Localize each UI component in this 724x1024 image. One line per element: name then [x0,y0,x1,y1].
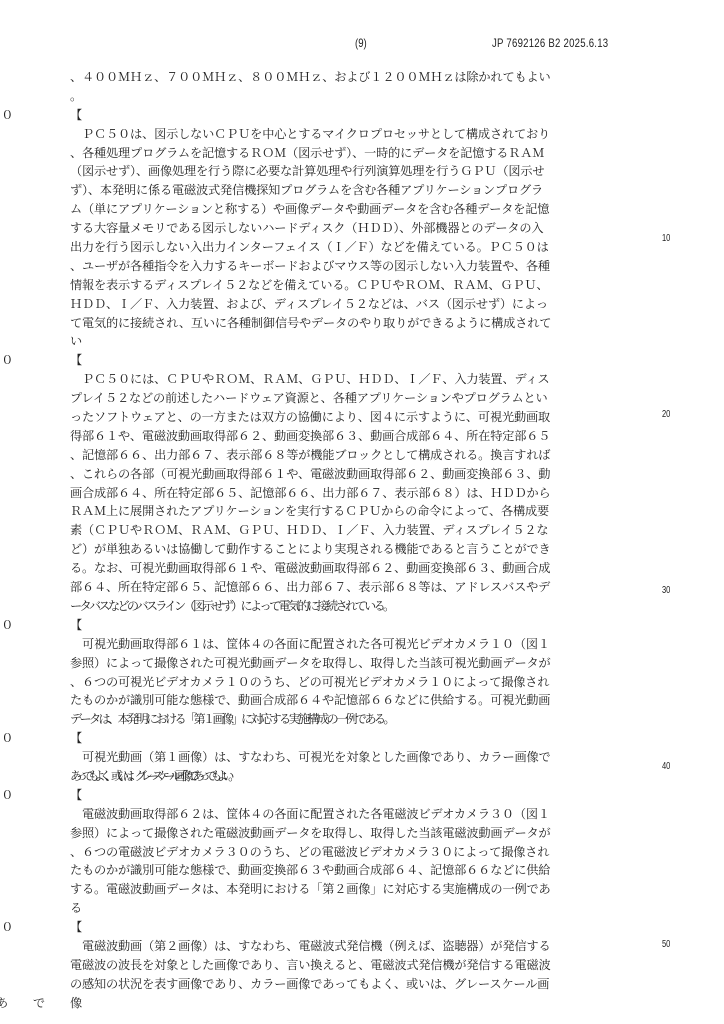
text-line: 、６つの可視光ビデオカメラ１０のうち、どの可視光ビデオカメラ１０によって撮像され [70,673,640,692]
document-body: 、４００ＭＨｚ、７００ＭＨｚ、８００ＭＨｚ、および１２００ＭＨｚは除かれてもよい… [70,68,640,1013]
margin-line-number: 40 [662,761,670,772]
text-line: 参照）によって撮像された可視光動画データを取得し、取得した当該可視光動画データが [70,654,640,673]
paragraph-number: 【００４５】 [70,616,640,635]
text-line: 部６４、所在特定部６５、記憶部６６、出力部６７、表示部６８等は、アドレスバスやデ [70,578,640,597]
text-line: 素（ＣＰＵやＲＯＭ、ＲＡＭ、ＧＰＵ、ＨＤＤ、Ｉ／Ｆ、入力装置、ディスプレイ５２な [70,521,640,540]
text-line: ム（単にアプリケーションと称する）や画像データや動画データを含む各種データを記憶 [70,200,640,219]
paragraph-number: 【００４６】 [70,729,640,748]
text-line: たものかが識別可能な態様で、動画合成部６４や記憶部６６などに供給する。可視光動画 [70,691,640,710]
paragraph-number: 【００４７】 [70,786,640,805]
margin-line-number: 50 [662,939,670,950]
text-line: ＨＤＤ、Ｉ／Ｆ、入力装置、および、ディスプレイ５２などは、バス（図示せず）によっ [70,295,640,314]
text-line: ったソフトウェアと、の一方または双方の協働により、図４に示すように、可視光動画取 [70,408,640,427]
text-line: する。電磁波動画データは、本発明における「第２画像」に対応する実施構成の一例であ [70,880,640,899]
text-line: 、記憶部６６、出力部６７、表示部６８等が機能ブロックとして構成される。換言すれば [70,446,640,465]
paragraph-number: 【００４４】 [70,351,640,370]
margin-line-number: 10 [662,233,670,244]
text-line: する大容量メモリである図示しないハードディスク（ＨＤＤ）、外部機器とのデータの入 [70,219,640,238]
text-line: ータバスなどのバスライン（図示せず）によって電気的に接続されている。 [70,597,640,616]
text-line: 電磁波の波長を対象とした画像であり、言い換えると、電磁波式発信機が発信する電磁波 [70,956,640,975]
text-line: 情報を表示するディスプレイ５２などを備えている。ＣＰＵやＲＯＭ、ＲＡＭ、ＧＰＵ、 [70,276,640,295]
margin-line-numbers: 1020304050 [662,0,692,1024]
text-line: いる。 [70,332,640,351]
text-line: 可視光動画（第１画像）は、すなわち、可視光を対象とした画像であり、カラー画像で [70,748,640,767]
margin-line-number: 30 [662,585,670,596]
text-line: 電磁波動画（第２画像）は、すなわち、電磁波式発信機（例えば、盗聴器）が発信する [70,937,640,956]
text-line: る。なお、可視光動画取得部６１や、電磁波動画取得部６２、動画変換部６３、動画合成 [70,559,640,578]
margin-line-number: 20 [662,409,670,420]
text-line: て電気的に接続され、互いに各種制御信号やデータのやり取りができるように構成されて [70,314,640,333]
paragraph-number: 【００４８】 [70,918,640,937]
text-line: ＲＡＭ上に展開されたアプリケーションを実行するＣＰＵからの命令によって、各構成要 [70,502,640,521]
text-line: 電磁波動画取得部６２は、筐体４の各面に配置された各電磁波ビデオカメラ３０（図１ [70,805,640,824]
text-line: あってもよく、或いは、グレースケール画像であってもよい。 [70,767,640,786]
text-line: データは、本発明における「第１画像」に対応する実施構成の一例である。 [70,710,640,729]
text-line: る。 [70,899,640,918]
text-line: 。 [70,87,640,106]
text-line: 、各種処理プログラムを記憶するＲＯＭ（図示せず）、一時的にデータを記憶するＲＡＭ [70,144,640,163]
page-header: (9) JP 7692126 B2 2025.6.13 [0,36,724,56]
text-line: 、６つの電磁波ビデオカメラ３０のうち、どの電磁波ビデオカメラ３０によって撮像され [70,843,640,862]
text-line: 参照）によって撮像された電磁波動画データを取得し、取得した当該電磁波動画データが [70,824,640,843]
text-line: ど）が単独あるいは協働して動作することにより実現される機能であると言うことができ [70,540,640,559]
text-line: 、ユーザが各種指令を入力するキーボードおよびマウス等の図示しない入力装置や、各種 [70,257,640,276]
text-line: の感知の状況を表す画像であり、カラー画像であってもよく、或いは、グレースケール画 [70,975,640,994]
text-line: 可視光動画取得部６１は、筐体４の各面に配置された各可視光ビデオカメラ１０（図１ [70,635,640,654]
text-line: ず）、本発明に係る電磁波式発信機探知プログラムを含む各種アプリケーションプログラ [70,181,640,200]
text-line: 像であってもよい。 [70,994,640,1013]
text-line: たものかが識別可能な態様で、動画変換部６３や動画合成部６４、記憶部６６などに供給 [70,861,640,880]
text-line: プレイ５２などの前述したハードウェア資源と、各種アプリケーションやプログラムとい [70,389,640,408]
text-line: （図示せず）、画像処理を行う際に必要な計算処理や行列演算処理を行うＧＰＵ（図示せ [70,162,640,181]
publication-id: JP 7692126 B2 2025.6.13 [492,36,608,50]
text-line: 、４００ＭＨｚ、７００ＭＨｚ、８００ＭＨｚ、および１２００ＭＨｚは除かれてもよい [70,68,640,87]
text-line: 出力を行う図示しない入出力インターフェイス（Ｉ／Ｆ）などを備えている。ＰＣ５０は [70,238,640,257]
text-line: 画合成部６４、所在特定部６５、記憶部６６、出力部６７、表示部６８）は、ＨＤＤから [70,484,640,503]
paragraph-number: 【００４３】 [70,106,640,125]
text-line: ＰＣ５０には、ＣＰＵやＲＯＭ、ＲＡＭ、ＧＰＵ、ＨＤＤ、Ｉ／Ｆ、入力装置、ディス [70,370,640,389]
text-line: ＰＣ５０は、図示しないＣＰＵを中心とするマイクロプロセッサとして構成されており [70,125,640,144]
text-line: 得部６１や、電磁波動画取得部６２、動画変換部６３、動画合成部６４、所在特定部６５ [70,427,640,446]
text-line: 、これらの各部（可視光動画取得部６１や、電磁波動画取得部６２、動画変換部６３、動 [70,465,640,484]
page-number: (9) [355,36,367,50]
